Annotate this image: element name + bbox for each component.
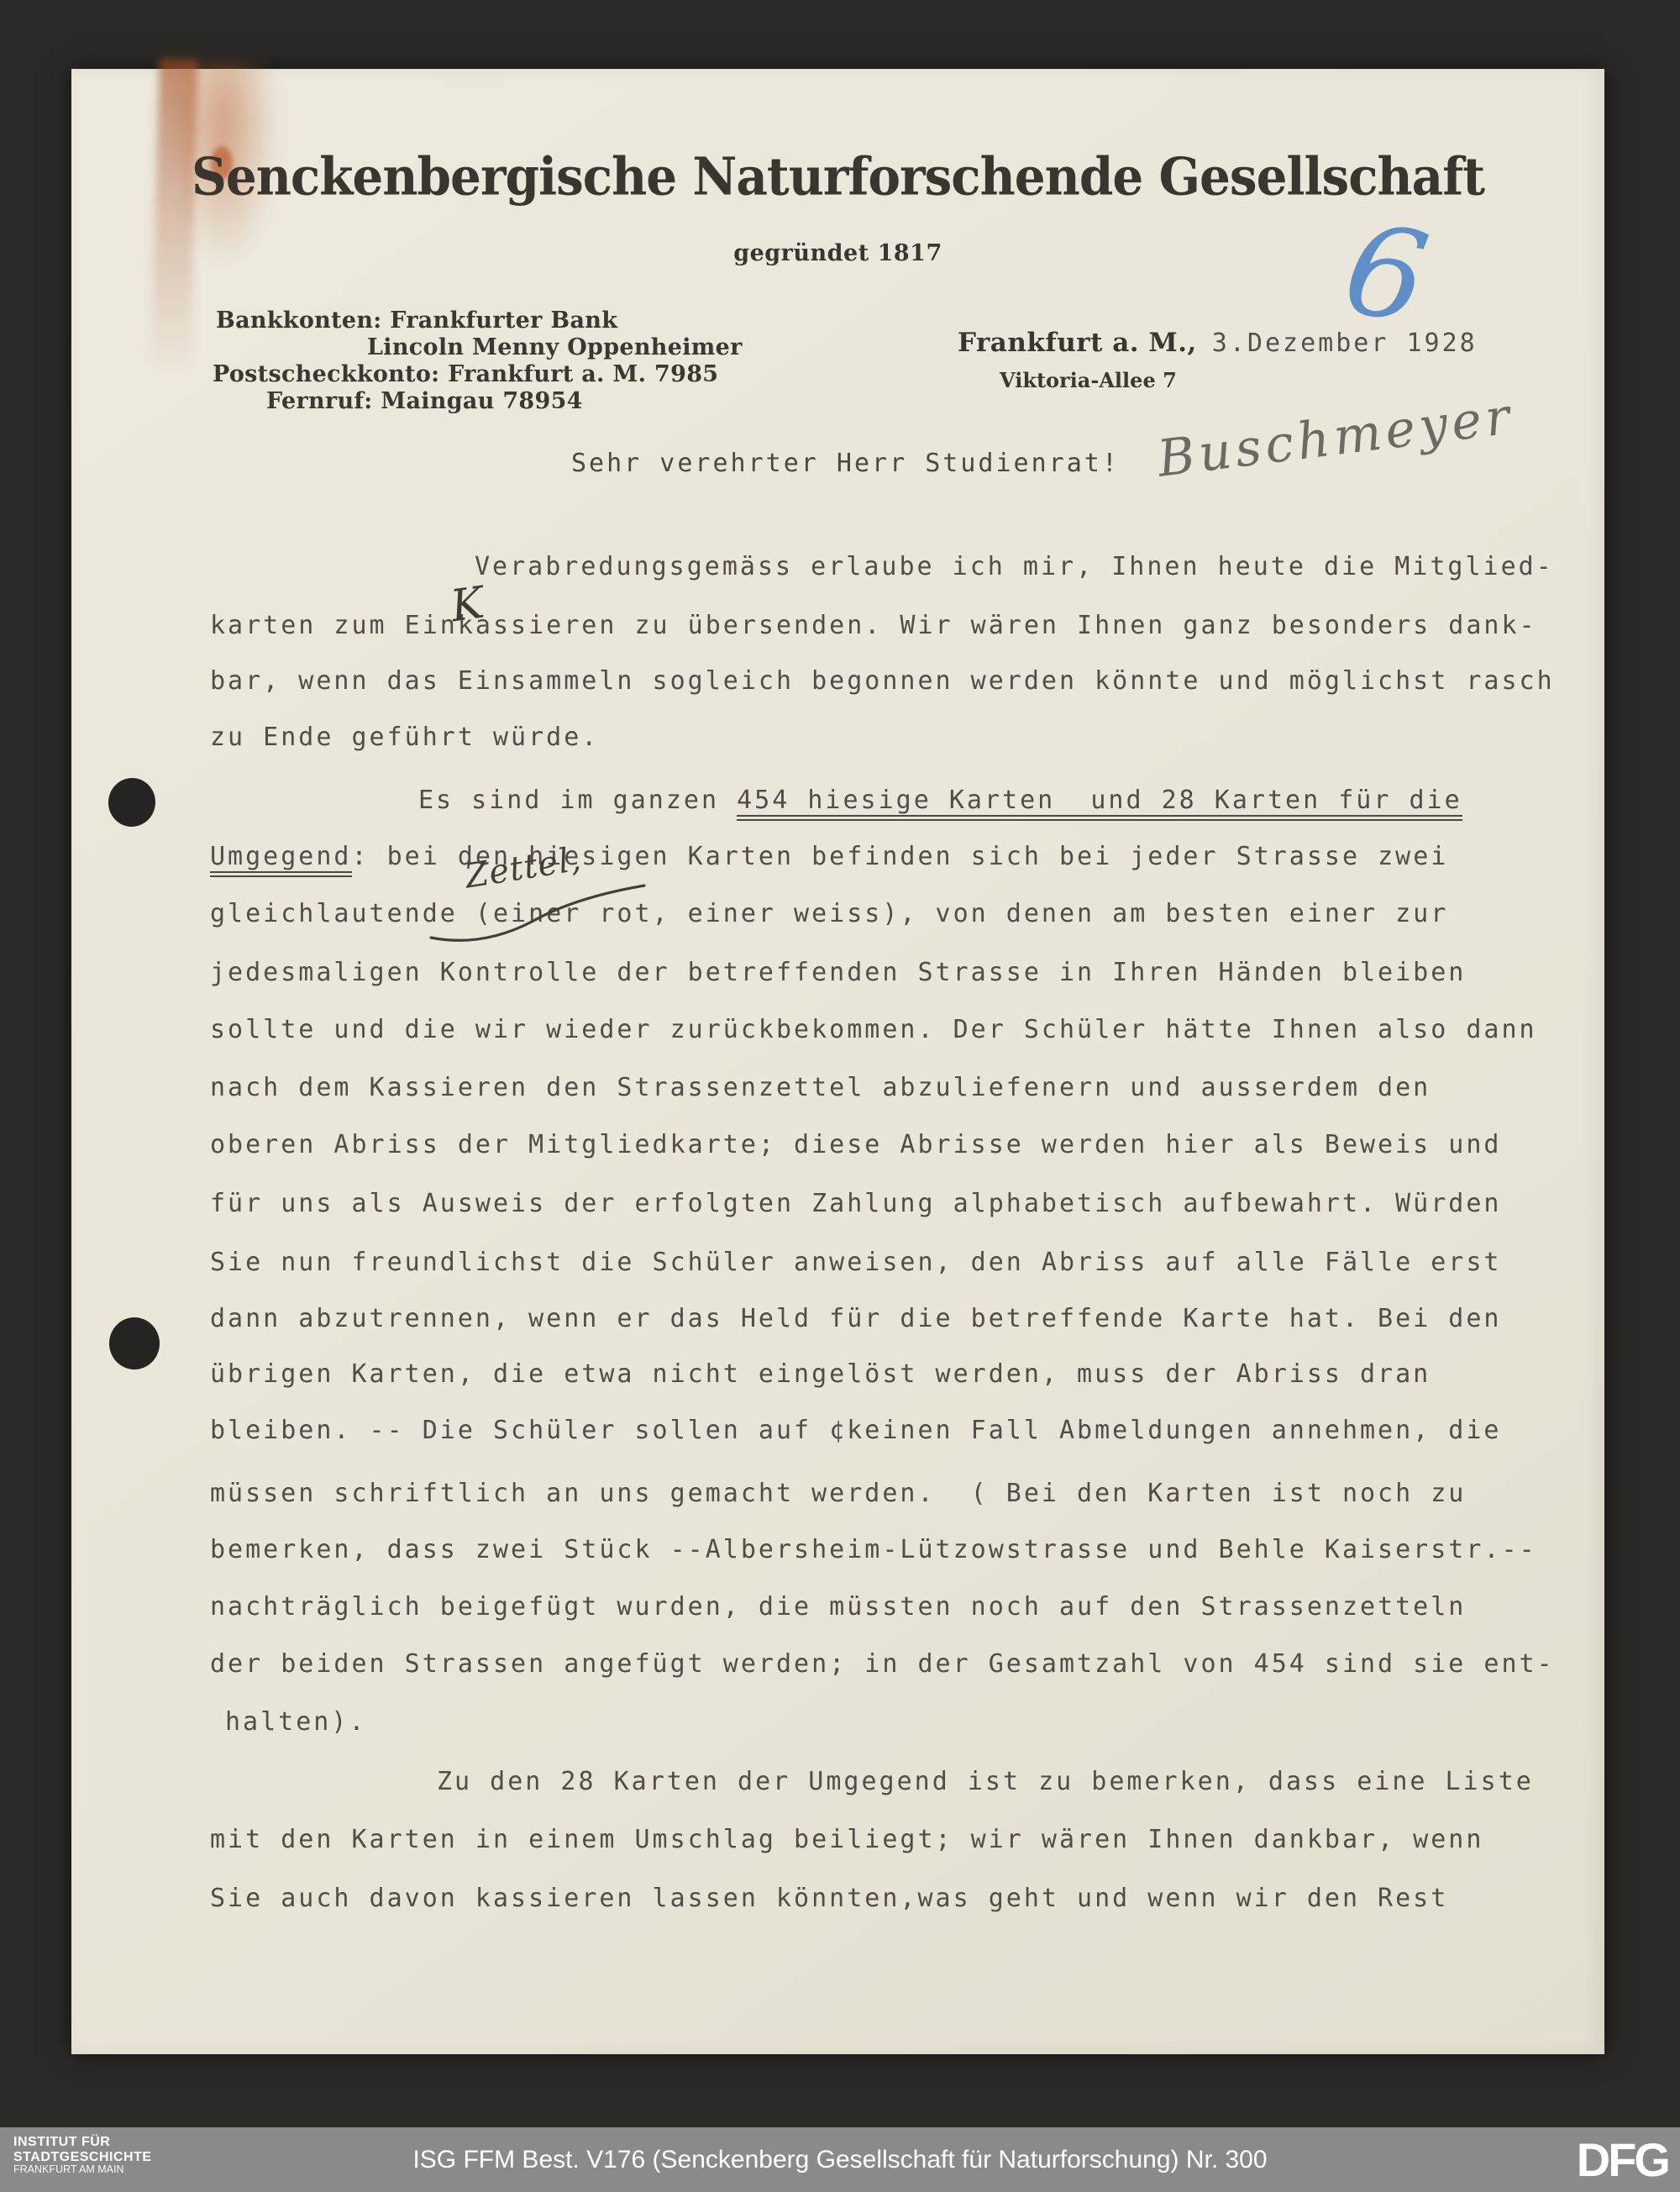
typewriter-text: karten zum Einkassieren zu übersenden. W… <box>210 611 1537 640</box>
underlined-text: 454 hiesige Karten und 28 Karten für die <box>737 786 1462 821</box>
salutation: Sehr verehrter Herr Studienrat! <box>571 449 1120 478</box>
typewriter-text: dann abzutrennen, wenn er das Held für d… <box>210 1304 1502 1333</box>
insertion-caret-mark <box>424 877 651 949</box>
typewriter-text: nach dem Kassieren den Strassenzettel ab… <box>210 1073 1431 1102</box>
body-line: Sie nun freundlichst die Schüler anweise… <box>210 1248 1502 1277</box>
letter-page: Senckenbergische Naturforschende Gesells… <box>71 69 1604 2054</box>
typewriter-text: sollte und die wir wieder zurückbekommen… <box>210 1015 1537 1044</box>
body-line: müssen schriftlich an uns gemacht werden… <box>210 1479 1466 1508</box>
body-line: nachträglich beigefügt wurden, die müsst… <box>210 1592 1466 1622</box>
typewriter-text: Zu den 28 Karten der Umgegend ist zu bem… <box>437 1767 1534 1796</box>
handwritten-correction-k: K <box>448 578 487 633</box>
typewriter-text: nachträglich beigefügt wurden, die müsst… <box>210 1592 1466 1622</box>
handwritten-recipient-name: Buschmeyer <box>1154 386 1517 488</box>
typewriter-text: halten). <box>225 1707 367 1737</box>
letterhead-contact-line: Fernruf: Maingau 78954 <box>266 388 583 414</box>
body-line: mit den Karten in einem Umschlag beilieg… <box>210 1825 1483 1854</box>
archive-footer-bar: INSTITUT FÜR STADTGESCHICHTE FRANKFURT A… <box>0 2127 1680 2192</box>
body-line: Umgegend: bei den hiesigen Karten befind… <box>210 842 1448 871</box>
body-line: für uns als Ausweis der erfolgten Zahlun… <box>210 1189 1502 1218</box>
dfg-logo: DFG <box>1577 2132 1668 2187</box>
typewriter-text: bemerken, dass zwei Stück --Albersheim-L… <box>210 1535 1537 1564</box>
letterhead-contact-line: Lincoln Menny Oppenheimer <box>367 334 743 360</box>
body-line: bleiben. -- Die Schüler sollen auf ¢kein… <box>210 1416 1502 1445</box>
body-line: Zu den 28 Karten der Umgegend ist zu bem… <box>437 1767 1534 1796</box>
body-line: oberen Abriss der Mitgliedkarte; diese A… <box>210 1130 1502 1159</box>
body-line: bemerken, dass zwei Stück --Albersheim-L… <box>210 1535 1537 1564</box>
body-line: dann abzutrennen, wenn er das Held für d… <box>210 1304 1502 1333</box>
archive-reference-caption: ISG FFM Best. V176 (Senckenberg Gesellsc… <box>0 2127 1680 2192</box>
typewriter-text: für uns als Ausweis der erfolgten Zahlun… <box>210 1189 1502 1218</box>
body-line: bar, wenn das Einsammeln sogleich begonn… <box>210 666 1555 696</box>
letterhead-city: Frankfurt a. M., <box>958 328 1197 358</box>
typewriter-text: bar, wenn das Einsammeln sogleich begonn… <box>210 666 1555 696</box>
punch-hole-bottom <box>109 1317 160 1369</box>
typewriter-text: Verabredungsgemäss erlaube ich mir, Ihne… <box>475 552 1554 581</box>
body-line: übrigen Karten, die etwa nicht eingelöst… <box>210 1359 1431 1389</box>
typewriter-text: bleiben. -- Die Schüler sollen auf ¢kein… <box>210 1416 1502 1445</box>
body-line: der beiden Strassen angefügt werden; in … <box>210 1649 1555 1679</box>
scan-background: Senckenbergische Naturforschende Gesells… <box>0 0 1680 2192</box>
typewriter-text: übrigen Karten, die etwa nicht eingelöst… <box>210 1359 1431 1389</box>
body-line: Verabredungsgemäss erlaube ich mir, Ihne… <box>475 552 1554 581</box>
typewriter-text: Es sind im ganzen <box>418 786 737 815</box>
body-line: Es sind im ganzen 454 hiesige Karten und… <box>418 786 1462 815</box>
body-line: zu Ende geführt würde. <box>210 723 599 752</box>
letterhead-address: Viktoria-Allee 7 <box>1000 368 1177 392</box>
body-line: jedesmaligen Kontrolle der betreffenden … <box>210 958 1466 987</box>
body-line: halten). <box>225 1707 367 1737</box>
typewriter-text: der beiden Strassen angefügt werden; in … <box>210 1649 1555 1679</box>
body-line: gleichlautende (einer rot, einer weiss),… <box>210 899 1448 928</box>
body-line: sollte und die wir wieder zurückbekommen… <box>210 1015 1537 1044</box>
underlined-text: Umgegend <box>210 842 352 877</box>
typewriter-text: zu Ende geführt würde. <box>210 723 599 752</box>
letterhead-contact-line: Postscheckkonto: Frankfurt a. M. 7985 <box>213 361 718 387</box>
typewriter-text: Sie auch davon kassieren lassen könnten,… <box>210 1884 1448 1913</box>
typewriter-text: mit den Karten in einem Umschlag beilieg… <box>210 1825 1483 1854</box>
punch-hole-top <box>105 775 159 829</box>
body-line: karten zum Einkassieren zu übersenden. W… <box>210 611 1537 640</box>
body-line: Sie auch davon kassieren lassen könnten,… <box>210 1884 1448 1913</box>
letterhead-contact-line: Bankkonten: Frankfurter Bank <box>216 308 617 334</box>
typewriter-text: gleichlautende (einer rot, einer weiss),… <box>210 899 1448 928</box>
typewriter-text: müssen schriftlich an uns gemacht werden… <box>210 1479 1466 1508</box>
body-line: nach dem Kassieren den Strassenzettel ab… <box>210 1073 1431 1102</box>
typewriter-text: jedesmaligen Kontrolle der betreffenden … <box>210 958 1466 987</box>
typewriter-text: Sie nun freundlichst die Schüler anweise… <box>210 1248 1502 1277</box>
typewriter-text: oberen Abriss der Mitgliedkarte; diese A… <box>210 1130 1502 1159</box>
